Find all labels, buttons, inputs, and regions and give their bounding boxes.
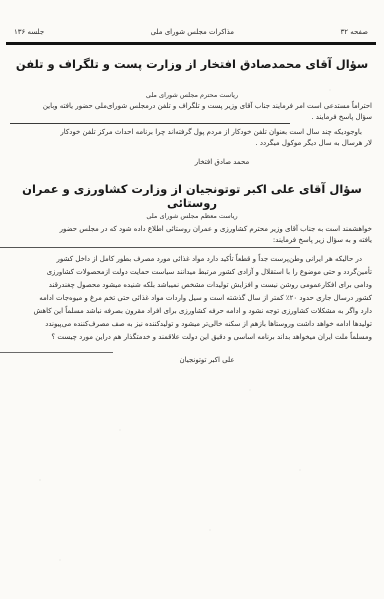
journal-title: مذاکرات مجلس شورای ملی (151, 28, 234, 36)
header-rule (6, 42, 376, 45)
question2-question-text: در حالیکه هر ایرانی وطن‌پرست جداً و قطعا… (12, 253, 372, 344)
question2-title: سؤال آقای علی اکبر توتونجیان از وزارت کش… (0, 182, 384, 210)
question1-divider (10, 123, 290, 124)
question1-signature: محمد صادق افتخار (30, 158, 384, 166)
question2-divider (0, 247, 300, 248)
scanned-proceedings-page: صفحه ۳۲ مذاکرات مجلس شورای ملی جلسه ۱۳۶ … (0, 0, 384, 599)
page-number-label: صفحه ۳۲ (340, 28, 368, 36)
question2-request-text: خواهشمند است به جناب آقای وزیر محترم کشا… (12, 224, 372, 246)
question2-signature-rule (0, 352, 113, 353)
question2-signature: علی اکبر توتونجیان (15, 356, 384, 364)
question1-title: سؤال آقای محمدصادق افتخار از وزارت پست و… (0, 57, 384, 71)
question1-salutation: ریاست محترم مجلس شورای ملی (0, 91, 384, 99)
page-header: صفحه ۳۲ مذاکرات مجلس شورای ملی جلسه ۱۳۶ (14, 28, 368, 36)
question2-salutation: ریاست معظم مجلس شورای ملی (0, 212, 384, 220)
question1-question-text: باوجودیکه چند سال است بعنوان تلفن خودکار… (12, 127, 372, 149)
session-number-label: جلسه ۱۳۶ (14, 28, 44, 36)
question1-request-text: احتراماً مستدعی است امر فرمایند جناب آقا… (12, 101, 372, 123)
